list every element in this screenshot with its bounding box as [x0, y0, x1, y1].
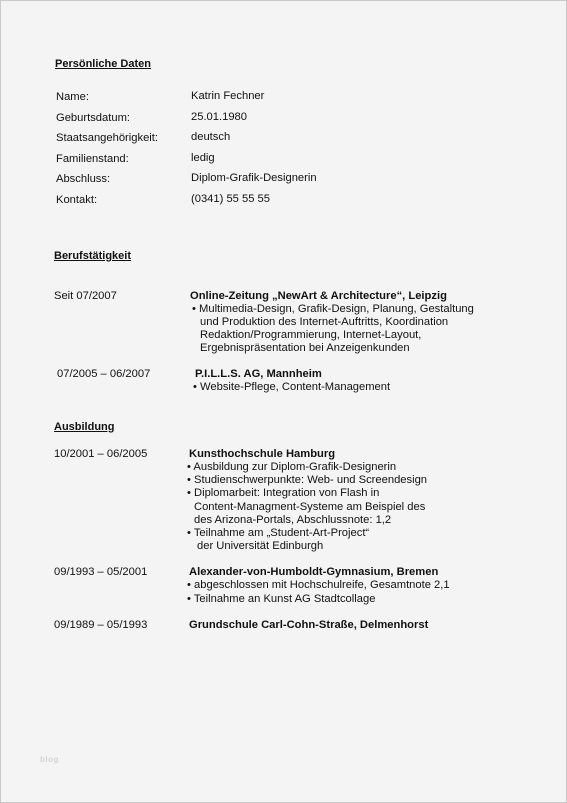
work-detail-line: Redaktion/Programmierung, Internet-Layou… — [200, 329, 421, 342]
education-institution: Kunsthochschule Hamburg — [189, 448, 335, 461]
work-period: 07/2005 – 06/2007 — [57, 368, 150, 381]
personal-label-name: Name: — [56, 91, 89, 104]
education-period: 09/1989 – 05/1993 — [54, 619, 147, 632]
personal-label-birthdate: Geburtsdatum: — [56, 112, 130, 125]
watermark-text: blog — [40, 753, 59, 766]
education-institution: Grundschule Carl-Cohn-Straße, Delmenhors… — [189, 619, 428, 632]
education-detail-line: • Teilnahme am „Student-Art-Project“ — [187, 527, 369, 540]
education-detail-line: • abgeschlossen mit Hochschulreife, Gesa… — [187, 579, 450, 592]
work-detail-line: und Produktion des Internet-Auftritts, K… — [200, 316, 448, 329]
personal-label-contact: Kontakt: — [56, 194, 97, 207]
education-detail-line: Content-Managment-Systeme am Beispiel de… — [194, 501, 425, 514]
personal-value-name: Katrin Fechner — [191, 90, 264, 103]
cv-page: Persönliche Daten Name: Katrin Fechner G… — [0, 0, 567, 803]
education-detail-line: der Universität Edinburgh — [197, 540, 323, 553]
education-detail-line: • Diplomarbeit: Integration von Flash in — [187, 487, 379, 500]
education-institution: Alexander-von-Humboldt-Gymnasium, Bremen — [189, 566, 438, 579]
personal-label-nationality: Staatsangehörigkeit: — [56, 132, 158, 145]
personal-value-contact: (0341) 55 55 55 — [191, 193, 270, 206]
personal-label-marital-status: Familienstand: — [56, 153, 129, 166]
personal-value-marital-status: ledig — [191, 152, 215, 165]
education-period: 10/2001 – 06/2005 — [54, 448, 147, 461]
personal-label-degree: Abschluss: — [56, 173, 110, 186]
work-period: Seit 07/2007 — [54, 290, 117, 303]
work-detail-line: Ergebnispräsentation bei Anzeigenkunden — [200, 342, 410, 355]
section-heading-work: Berufstätigkeit — [54, 250, 131, 263]
education-detail-line: • Teilnahme an Kunst AG Stadtcollage — [187, 593, 375, 606]
personal-value-degree: Diplom-Grafik-Designerin — [191, 172, 317, 185]
work-employer: P.I.L.L.S. AG, Mannheim — [195, 368, 322, 381]
education-detail-line: des Arizona-Portals, Abschlussnote: 1,2 — [194, 514, 391, 527]
personal-value-birthdate: 25.01.1980 — [191, 111, 247, 124]
education-detail-line: • Studienschwerpunkte: Web- und Screende… — [187, 474, 427, 487]
work-detail-line: • Website-Pflege, Content-Management — [193, 381, 390, 394]
personal-value-nationality: deutsch — [191, 131, 230, 144]
education-detail-line: • Ausbildung zur Diplom-Grafik-Designeri… — [187, 461, 396, 474]
section-heading-personal: Persönliche Daten — [55, 58, 151, 71]
work-detail-line: • Multimedia-Design, Grafik-Design, Plan… — [192, 303, 474, 316]
education-period: 09/1993 – 05/2001 — [54, 566, 147, 579]
work-employer: Online-Zeitung „NewArt & Architecture“, … — [190, 290, 447, 303]
section-heading-education: Ausbildung — [54, 421, 115, 434]
